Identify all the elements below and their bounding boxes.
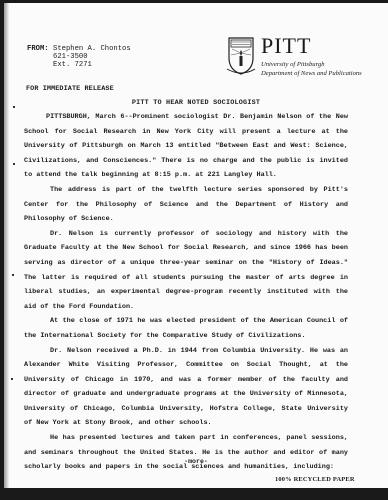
organization-line-1: University of Pittsburgh [261, 60, 362, 69]
organization-line-2: Department of News and Publications [261, 69, 362, 78]
scan-speck [13, 106, 15, 108]
from-label: FROM: [27, 46, 53, 54]
paragraph: Dr. Nelson received a Ph.D. in 1944 from… [24, 344, 348, 432]
scan-speck [11, 378, 13, 380]
recycled-paper-notice: 100% RECYCLED PAPER [275, 476, 355, 483]
organization-name: University of Pittsburgh Department of N… [261, 60, 362, 78]
paragraph: The address is part of the twelfth lectu… [24, 183, 348, 227]
from-block: FROM:Stephen A. Chontos 621-3500 Ext. 72… [27, 46, 131, 69]
brand-name: PITT [261, 33, 311, 59]
paragraph: At the close of 1971 he was elected pres… [24, 314, 348, 343]
paragraph: He has presented lectures and taken part… [24, 431, 348, 475]
continued-marker: -more- [4, 458, 388, 465]
paragraph: PITTSBURGH, March 6--Prominent sociologi… [24, 110, 348, 183]
scan-speck [12, 274, 14, 276]
university-seal-icon [226, 36, 256, 76]
release-notice: FOR IMMEDIATE RELEASE [26, 85, 114, 93]
article-body: PITTSBURGH, March 6--Prominent sociologi… [24, 110, 348, 475]
press-release-page: FROM:Stephen A. Chontos 621-3500 Ext. 72… [4, 3, 388, 488]
headline: PITT TO HEAR NOTED SOCIOLOGIST [4, 99, 388, 107]
from-name: Stephen A. Chontos [53, 45, 131, 53]
scan-speck [13, 163, 15, 165]
from-ext: Ext. 7271 [27, 62, 131, 70]
paragraph: Dr. Nelson is currently professor of soc… [24, 227, 348, 315]
